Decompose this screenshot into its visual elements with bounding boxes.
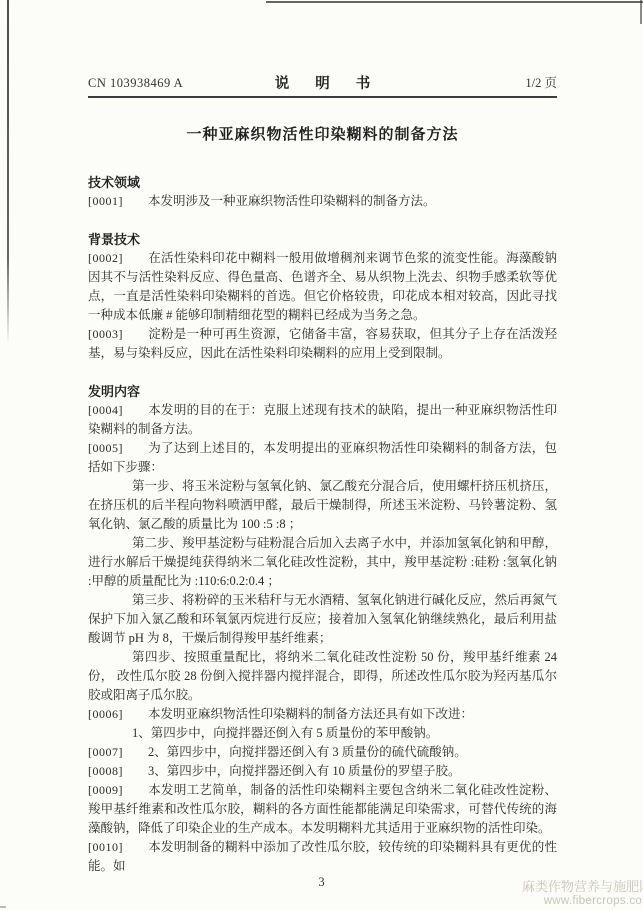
paragraph-text: 本发明亚麻织物活性印染糊料的制备方法还具有如下改进： <box>148 707 473 721</box>
section: 背景技术[0002]在活性染料印花中糊料一般用做增稠剂来调节色浆的流变性能。海藻… <box>88 230 557 363</box>
paragraph-number: [0004] <box>88 401 134 420</box>
section: 发明内容[0004]本发明的目的在于：克服上述现有技术的缺陷，提出一种亚麻织物活… <box>88 382 557 876</box>
paragraph-text: 本发明涉及一种亚麻织物活性印染糊料的制备方法。 <box>148 194 436 208</box>
scan-artifact-top-line <box>266 1 643 3</box>
paragraph-text: 第二步、羧甲基淀粉与硅粉混合后加入去离子水中，并添加氢氧化钠和甲醇，进行水解后干… <box>88 536 557 588</box>
paragraph: 第一步、将玉米淀粉与氢氧化钠、氯乙酸充分混合后，使用螺杆挤压机挤压，在挤压机的后… <box>88 477 557 534</box>
paragraph-number: [0007] <box>88 743 134 762</box>
paragraph: 第三步、将粉碎的玉米秸秆与无水酒精、氢氧化钠进行碱化反应，然后再氮气保护下加入氯… <box>88 591 557 648</box>
page-header: CN 103938469 A 说 明 书 1/2 页 <box>88 72 557 98</box>
watermark-site-url: www.fibercrops.com <box>522 894 643 909</box>
scan-artifact-right-line <box>640 0 642 24</box>
paragraph-text: 在活性染料印花中糊料一般用做增稠剂来调节色浆的流变性能。海藻酸钠因其不与活性染料… <box>88 251 557 322</box>
paragraph: [0007]2、第四步中，向搅拌器还倒入有 3 质量份的硫代硫酸钠。 <box>88 743 557 762</box>
paragraph: [0009]本发明工艺简单，制备的活性印染糊料主要包含纳米二氧化硅改性淀粉、羧甲… <box>88 781 557 838</box>
paragraph-number: [0006] <box>88 705 134 724</box>
paragraph-text: 淀粉是一种可再生资源，它储备丰富，容易获取，但其分子上存在活泼羟基，易与染料反应… <box>88 327 557 360</box>
paragraph-text: 第四步、按照重量配比，将纳米二氧化硅改性淀粉 50 份，羧甲基纤维素 24 份，… <box>88 650 557 702</box>
paragraph: 第二步、羧甲基淀粉与硅粉混合后加入去离子水中，并添加氢氧化钠和甲醇，进行水解后干… <box>88 534 557 591</box>
page-indicator: 1/2 页 <box>525 73 557 91</box>
section-heading: 技术领域 <box>88 173 557 192</box>
paragraph-number: [0001] <box>88 192 134 211</box>
paragraph-text: 本发明工艺简单，制备的活性印染糊料主要包含纳米二氧化硅改性淀粉、羧甲基纤维素和改… <box>88 783 557 835</box>
scan-artifact-left-line <box>7 0 9 344</box>
watermark: 麻类作物营养与施肥网 www.fibercrops.com <box>522 879 643 909</box>
section: 技术领域[0001]本发明涉及一种亚麻织物活性印染糊料的制备方法。 <box>88 173 557 211</box>
watermark-site-name: 麻类作物营养与施肥网 <box>522 879 643 894</box>
section-heading: 背景技术 <box>88 230 557 249</box>
paragraph: 第四步、按照重量配比，将纳米二氧化硅改性淀粉 50 份，羧甲基纤维素 24 份，… <box>88 648 557 705</box>
paragraph-text: 第一步、将玉米淀粉与氢氧化钠、氯乙酸充分混合后，使用螺杆挤压机挤压，在挤压机的后… <box>88 479 557 531</box>
paragraph-number: [0002] <box>88 249 134 268</box>
page-content: CN 103938469 A 说 明 书 1/2 页 一种亚麻织物活性印染糊料的… <box>0 0 643 876</box>
paragraph-text: 2、第四步中，向搅拌器还倒入有 3 质量份的硫代硫酸钠。 <box>148 745 467 759</box>
paragraph-number: [0010] <box>88 838 134 857</box>
paragraph: [0003]淀粉是一种可再生资源，它储备丰富，容易获取，但其分子上存在活泼羟基，… <box>88 325 557 363</box>
paragraph-text: 本发明制备的糊料中添加了改性瓜尔胶，较传统的印染糊料具有更优的性能。如 <box>88 840 557 873</box>
paragraph: [0004]本发明的目的在于：克服上述现有技术的缺陷，提出一种亚麻织物活性印染糊… <box>88 401 557 439</box>
invention-title: 一种亚麻织物活性印染糊料的制备方法 <box>88 123 557 144</box>
paragraph-number: [0009] <box>88 781 134 800</box>
paragraph: [0002]在活性染料印花中糊料一般用做增稠剂来调节色浆的流变性能。海藻酸钠因其… <box>88 249 557 325</box>
paragraph: [0006]本发明亚麻织物活性印染糊料的制备方法还具有如下改进： <box>88 705 557 724</box>
section-heading: 发明内容 <box>88 382 557 401</box>
paragraph: [0010]本发明制备的糊料中添加了改性瓜尔胶，较传统的印染糊料具有更优的性能。… <box>88 838 557 876</box>
document-sections: 技术领域[0001]本发明涉及一种亚麻织物活性印染糊料的制备方法。背景技术[00… <box>88 173 557 876</box>
paragraph-text: 3、第四步中，向搅拌器还倒入有 10 质量份的罗望子胶。 <box>148 764 461 778</box>
paragraph: [0005]为了达到上述目的，本发明提出的亚麻织物活性印染糊料的制备方法，包括如… <box>88 439 557 477</box>
paragraph-number: [0003] <box>88 325 134 344</box>
paragraph-number: [0008] <box>88 762 134 781</box>
document-number: CN 103938469 A <box>88 76 183 91</box>
paragraph: 1、第四步中，向搅拌器还倒入有 5 质量份的苯甲酸钠。 <box>88 724 557 743</box>
paragraph-text: 第三步、将粉碎的玉米秸秆与无水酒精、氢氧化钠进行碱化反应，然后再氮气保护下加入氯… <box>88 593 557 645</box>
patent-page: CN 103938469 A 说 明 书 1/2 页 一种亚麻织物活性印染糊料的… <box>0 0 643 910</box>
document-type-title: 说 明 书 <box>264 72 382 93</box>
paragraph: [0008]3、第四步中，向搅拌器还倒入有 10 质量份的罗望子胶。 <box>88 762 557 781</box>
paragraph-text: 1、第四步中，向搅拌器还倒入有 5 质量份的苯甲酸钠。 <box>132 726 438 740</box>
paragraph-text: 本发明的目的在于：克服上述现有技术的缺陷，提出一种亚麻织物活性印染糊料的制备方法… <box>88 403 557 436</box>
scan-artifact-bottom-mark <box>0 906 6 908</box>
paragraph-number: [0005] <box>88 439 134 458</box>
paragraph: [0001]本发明涉及一种亚麻织物活性印染糊料的制备方法。 <box>88 192 557 211</box>
paragraph-text: 为了达到上述目的，本发明提出的亚麻织物活性印染糊料的制备方法，包括如下步骤： <box>88 441 557 474</box>
